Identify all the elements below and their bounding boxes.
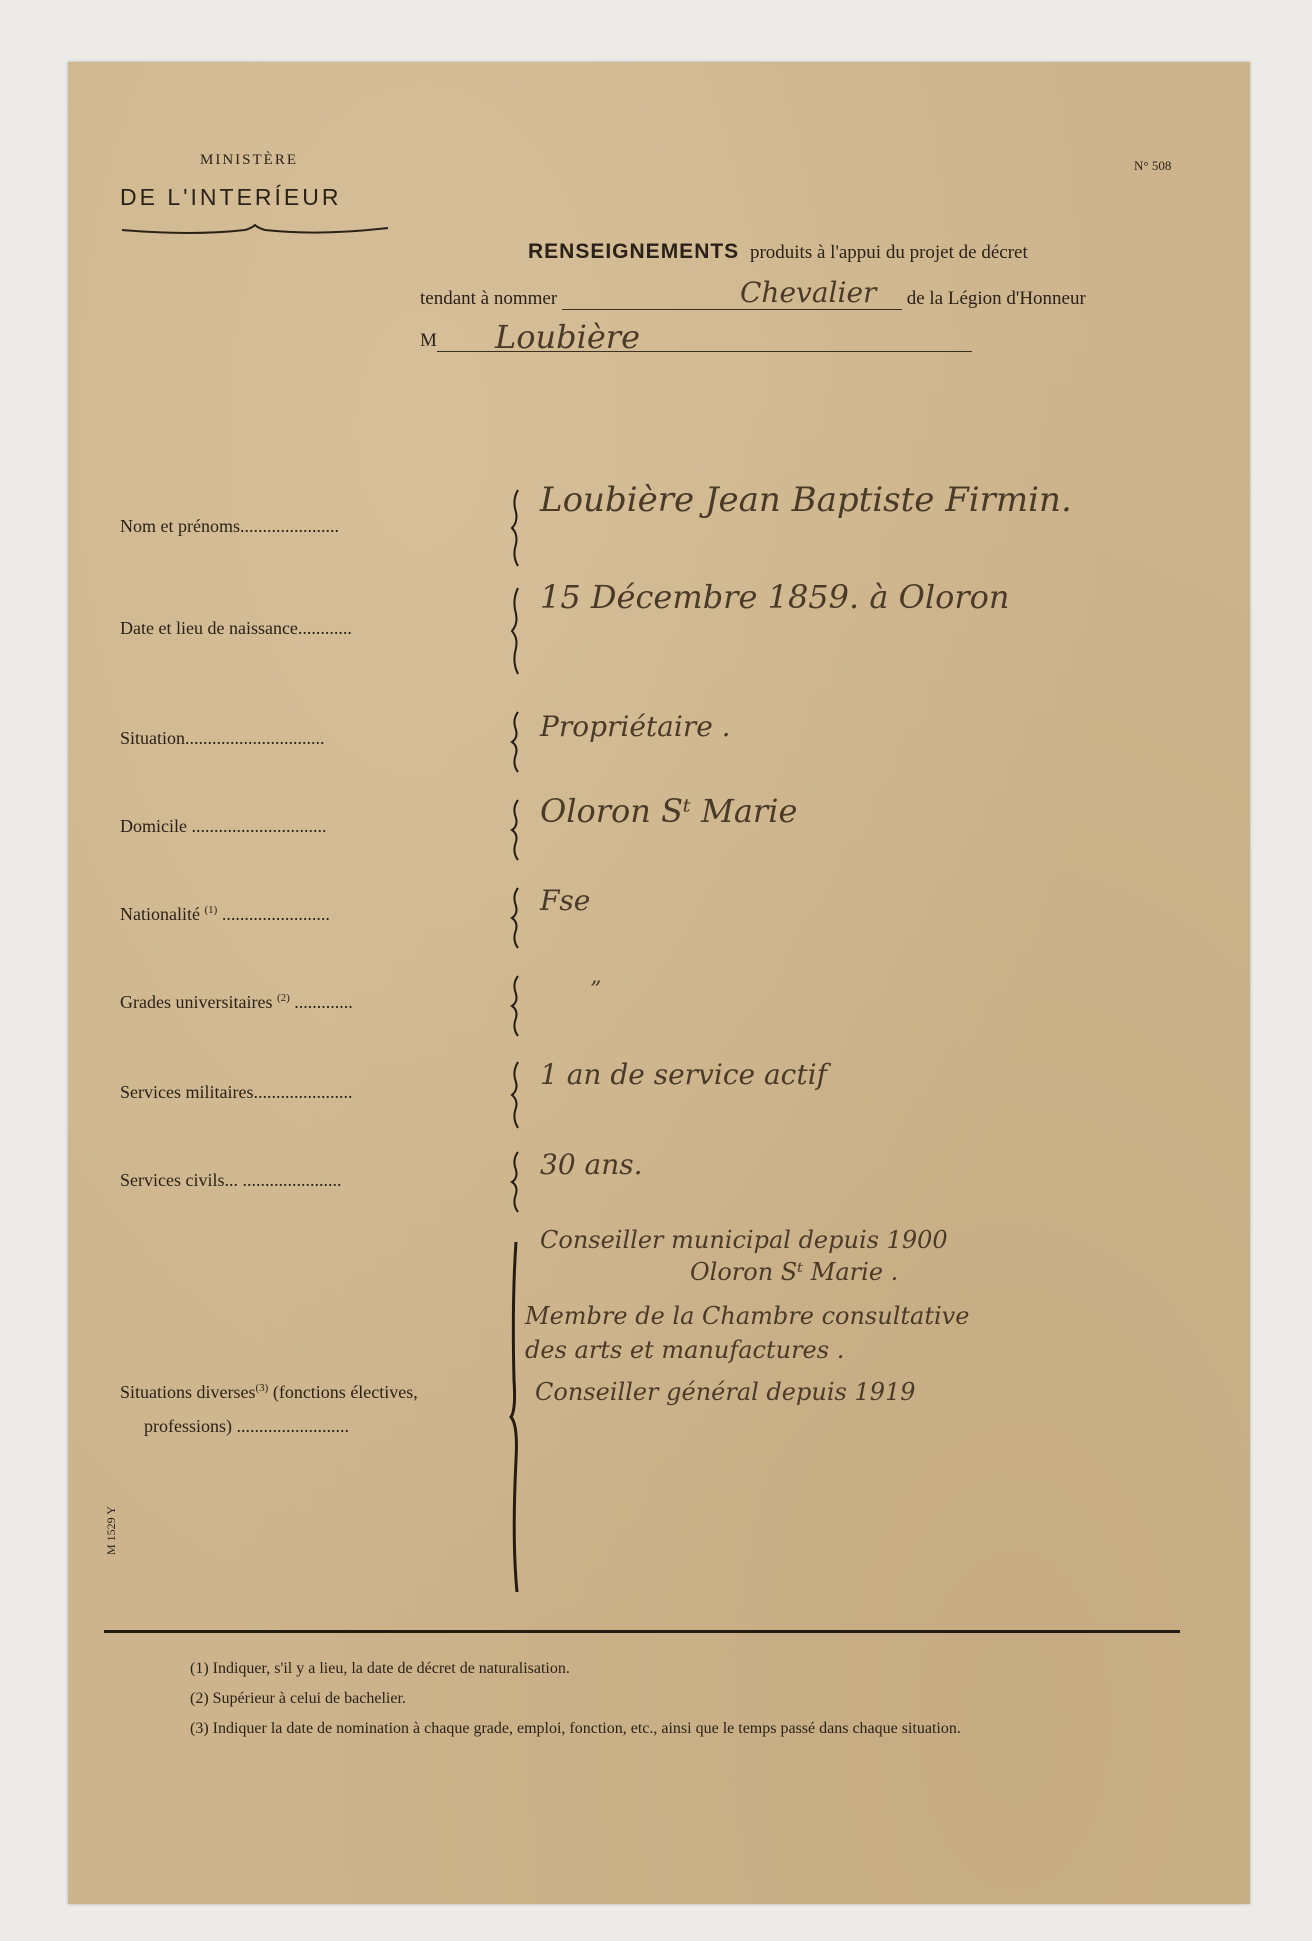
footnote-1: (1) Indiquer, s'il y a lieu, la date de …: [190, 1660, 570, 1678]
recipient-handwritten: Loubière: [495, 318, 640, 356]
field-label-other-positions: Situations diverses(3) (fonctions électi…: [120, 1382, 418, 1403]
brace-icon: [508, 488, 522, 568]
document-heading: RENSEIGNEMENTS produits à l'appui du pro…: [528, 240, 1028, 264]
nomination-prefix: tendant à nommer: [420, 288, 557, 309]
field-value-birth: 15 Décembre 1859. à Oloron: [540, 578, 1010, 616]
nomination-suffix: de la Légion d'Honneur: [907, 288, 1086, 309]
field-label-birth: Date et lieu de naissance............: [120, 618, 352, 639]
brace-icon: [508, 1150, 522, 1214]
footnote-3: (3) Indiquer la date de nomination à cha…: [190, 1720, 961, 1738]
field-value-domicile: Oloron Sᵗ Marie: [540, 792, 797, 830]
footnote-divider: [104, 1630, 1180, 1633]
field-value-other-3: Membre de la Chambre consultative: [525, 1302, 969, 1330]
field-label-other-positions-line2: professions) .........................: [144, 1416, 349, 1437]
recipient-prefix: M: [420, 330, 437, 351]
field-label-military: Services militaires.....................…: [120, 1082, 352, 1103]
field-value-civil: 30 ans.: [540, 1148, 643, 1181]
field-value-other-1: Conseiller municipal depuis 1900: [540, 1226, 948, 1254]
heading-bold: RENSEIGNEMENTS: [528, 240, 739, 263]
ministry-name-line2: DE L'INTERÍEUR: [120, 184, 341, 211]
brace-icon: [508, 1240, 522, 1594]
heading-rest: produits à l'appui du projet de décret: [750, 242, 1028, 263]
field-label-name: Nom et prénoms......................: [120, 516, 339, 537]
field-value-other-4: des arts et manufactures .: [525, 1336, 844, 1364]
grade-handwritten: Chevalier: [740, 276, 876, 309]
grade-blank: [562, 309, 902, 310]
footnote-2: (2) Supérieur à celui de bachelier.: [190, 1690, 406, 1708]
field-value-nationality: Fse: [540, 884, 590, 917]
brace-icon: [508, 586, 522, 676]
brace-icon: [508, 1060, 522, 1130]
brace-icon: [508, 886, 522, 950]
ornament-flourish-icon: [120, 222, 390, 238]
field-value-other-5: Conseiller général depuis 1919: [535, 1378, 916, 1406]
field-label-situation: Situation...............................: [120, 728, 325, 749]
field-value-other-2: Oloron Sᵗ Marie .: [690, 1258, 898, 1286]
form-reference: M 1529 Y: [104, 1506, 119, 1555]
field-value-name: Loubière Jean Baptiste Firmin.: [540, 480, 1072, 520]
document-number: N° 508: [1134, 158, 1171, 174]
field-label-domicile: Domicile ..............................: [120, 816, 326, 837]
field-label-degrees: Grades universitaires (2) .............: [120, 992, 353, 1013]
brace-icon: [508, 798, 522, 862]
field-value-situation: Propriétaire .: [540, 710, 731, 743]
brace-icon: [508, 710, 522, 774]
brace-icon: [508, 974, 522, 1038]
field-label-civil: Services civils... .....................…: [120, 1170, 341, 1191]
ministry-name-line1: MINISTÈRE: [200, 152, 298, 169]
field-value-degrees: ”: [590, 978, 601, 1003]
field-value-military: 1 an de service actif: [540, 1058, 827, 1091]
field-label-nationality: Nationalité (1) ........................: [120, 904, 330, 925]
